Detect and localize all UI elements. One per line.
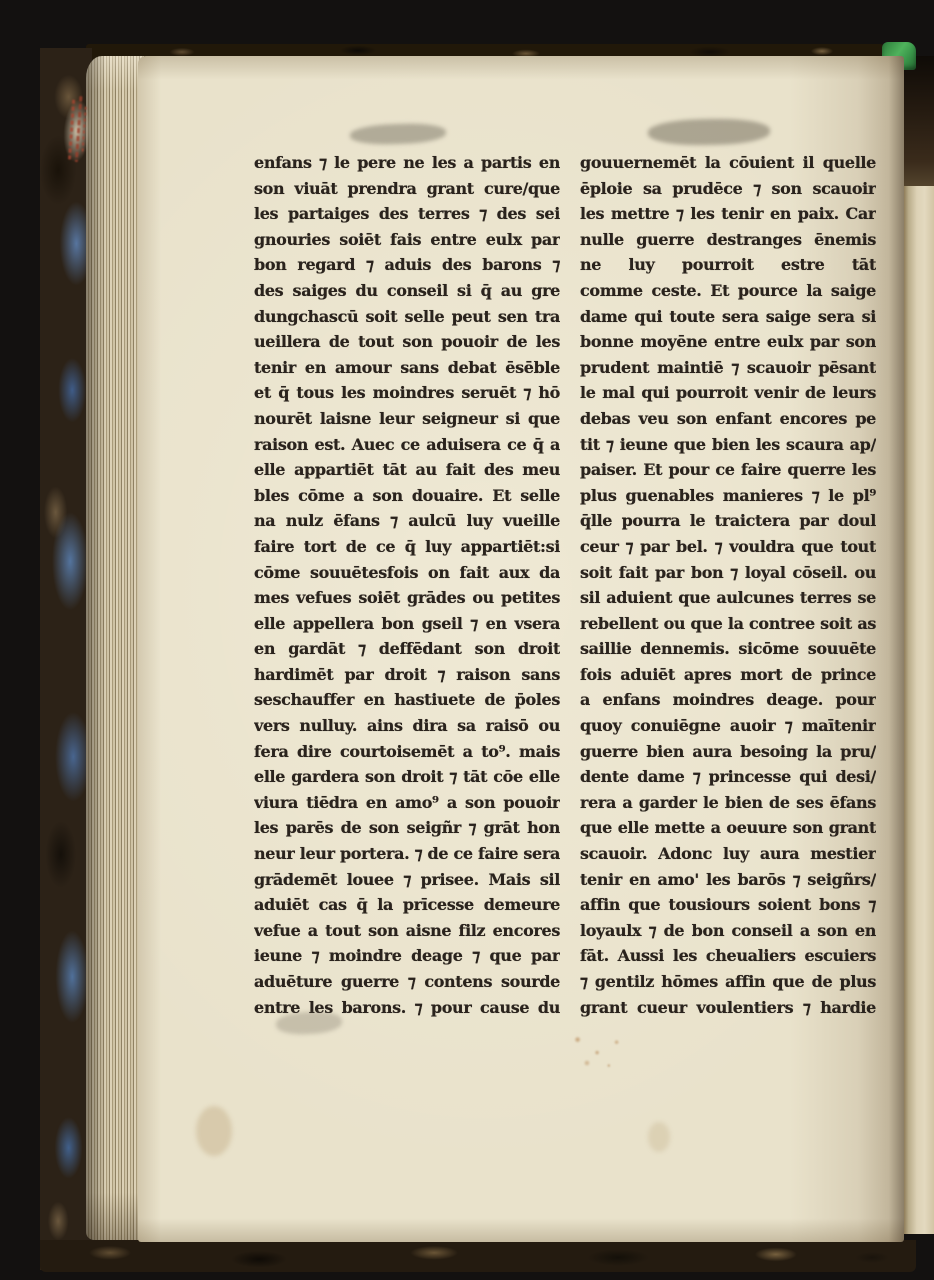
text-line: en gardāt ⁊ deffēdant son droit <box>254 636 560 662</box>
text-line: aduiēt cas q̄ la prīcesse demeure <box>254 892 560 918</box>
text-line: son viuāt prendra grant cure/que <box>254 176 560 202</box>
text-line: tenir en amour sans debat ēsēble <box>254 355 560 381</box>
text-line: plus guenables manieres ⁊ le pl⁹ <box>580 483 876 509</box>
text-column-right: gouuernemēt la cōuient il quelleēploie s… <box>580 150 876 1020</box>
text-line: enfans ⁊ le pere ne les a partis en <box>254 150 560 176</box>
text-line: fāt. Aussi les cheualiers escuiers <box>580 943 876 969</box>
text-line: raison est. Auec ce aduisera ce q̄ a <box>254 432 560 458</box>
paper-stain <box>648 1122 670 1152</box>
text-line: grādemēt louee ⁊ prisee. Mais sil <box>254 867 560 893</box>
text-line: comme ceste. Et pource la saige <box>580 278 876 304</box>
stamp-mark <box>68 100 75 160</box>
text-line: neur leur portera. ⁊ de ce faire sera <box>254 841 560 867</box>
text-line: dente dame ⁊ princesse qui desi/ <box>580 764 876 790</box>
paper-stain <box>196 1106 232 1156</box>
text-line: prudent maintiē ⁊ scauoir pēsant <box>580 355 876 381</box>
text-line: aduēture guerre ⁊ contens sourde <box>254 969 560 995</box>
text-line: gouuernemēt la cōuient il quelle <box>580 150 876 176</box>
text-line: tit ⁊ ieune que bien les scaura ap/ <box>580 432 876 458</box>
text-line: que elle mette a oeuure son grant <box>580 815 876 841</box>
text-line: paiser. Et pour ce faire querre les <box>580 457 876 483</box>
text-line: vefue a tout son aisne filz encores <box>254 918 560 944</box>
text-line: bles cōme a son douaire. Et selle <box>254 483 560 509</box>
text-line: mes vefues soiēt grādes ou petites <box>254 585 560 611</box>
book-cover-left-edge <box>40 48 92 1270</box>
text-line: rebellent ou que la contree soit as <box>580 611 876 637</box>
text-line: scauoir. Adonc luy aura mestier <box>580 841 876 867</box>
text-line: elle appartiēt tāt au fait des meu <box>254 457 560 483</box>
text-line: fois aduiēt apres mort de prince <box>580 662 876 688</box>
text-line: tenir en amo' les barōs ⁊ seigñrs/ <box>580 867 876 893</box>
text-line: fera dire courtoisemēt a to⁹. mais <box>254 739 560 765</box>
text-line: vers nulluy. ains dira sa raisō ou <box>254 713 560 739</box>
gutter-shadow <box>903 56 934 188</box>
adjacent-page-edge <box>903 186 934 1234</box>
text-line: elle gardera son droit ⁊ tāt cōe elle <box>254 764 560 790</box>
text-line: guerre bien aura besoing la pru/ <box>580 739 876 765</box>
text-line: ceur ⁊ par bel. ⁊ vouldra que tout <box>580 534 876 560</box>
text-line: faire tort de ce q̄ luy appartiēt:si <box>254 534 560 560</box>
text-line: seschauffer en hastiuete de p̄oles <box>254 687 560 713</box>
text-line: le mal qui pourroit venir de leurs <box>580 380 876 406</box>
text-line: nourēt laisne leur seigneur si que <box>254 406 560 432</box>
text-line: dungchascū soit selle peut sen tra <box>254 304 560 330</box>
text-column-left: enfans ⁊ le pere ne les a partis enson v… <box>254 150 560 1020</box>
text-line: cōme souuētesfois on fait aux da <box>254 560 560 586</box>
text-line: saillie dennemis. sicōme souuēte <box>580 636 876 662</box>
text-line: des saiges du conseil si q̄ au gre <box>254 278 560 304</box>
text-line: et q̄ tous les moindres seruēt ⁊ hō <box>254 380 560 406</box>
book-cover-bottom-edge <box>40 1240 916 1272</box>
text-line: loyaulx ⁊ de bon conseil a son en <box>580 918 876 944</box>
text-line: ieune ⁊ moindre deage ⁊ que par <box>254 943 560 969</box>
text-line: debas veu son enfant encores pe <box>580 406 876 432</box>
foxing-spots <box>562 1024 640 1076</box>
text-line: viura tiēdra en amo⁹ a son pouoir <box>254 790 560 816</box>
text-line: grant cueur voulentiers ⁊ hardie <box>580 995 876 1021</box>
text-line: ēploie sa prudēce ⁊ son scauoir po⁹ <box>580 176 876 202</box>
stamp-mark <box>81 106 86 154</box>
text-line: ueillera de tout son pouoir de les <box>254 329 560 355</box>
text-line: soit fait par bon ⁊ loyal cōseil. ou <box>580 560 876 586</box>
page-fore-edges <box>86 56 144 1240</box>
text-line: gnouries soiēt fais entre eulx par <box>254 227 560 253</box>
text-line: bonne moyēne entre eulx par son <box>580 329 876 355</box>
text-line: rera a garder le bien de ses ēfans <box>580 790 876 816</box>
text-line: dame qui toute sera saige sera si <box>580 304 876 330</box>
text-line: elle appellera bon gseil ⁊ en vsera <box>254 611 560 637</box>
text-line: nulle guerre destranges ēnemis <box>580 227 876 253</box>
text-line: les partaiges des terres ⁊ des sei <box>254 201 560 227</box>
text-line: ne luy pourroit estre tāt perilleuse <box>580 252 876 278</box>
text-line: a enfans moindres deage. pour <box>580 687 876 713</box>
text-line: hardimēt par droit ⁊ raison sans <box>254 662 560 688</box>
text-line: affin que tousiours soient bons ⁊ <box>580 892 876 918</box>
text-line: q̄lle pourra le traictera par doul <box>580 508 876 534</box>
text-line: les mettre ⁊ les tenir en paix. Car <box>580 201 876 227</box>
text-line: les parēs de son seigñr ⁊ grāt hon <box>254 815 560 841</box>
text-line: ⁊ gentilz hōmes affin que de plus <box>580 969 876 995</box>
book-scan: enfans ⁊ le pere ne les a partis enson v… <box>0 0 934 1280</box>
text-line: na nulz ēfans ⁊ aulcū luy vueille <box>254 508 560 534</box>
text-line: quoy conuiēgne auoir ⁊ maītenir <box>580 713 876 739</box>
text-line: bon regard ⁊ aduis des barons ⁊ <box>254 252 560 278</box>
text-line: sil aduient que aulcunes terres se <box>580 585 876 611</box>
